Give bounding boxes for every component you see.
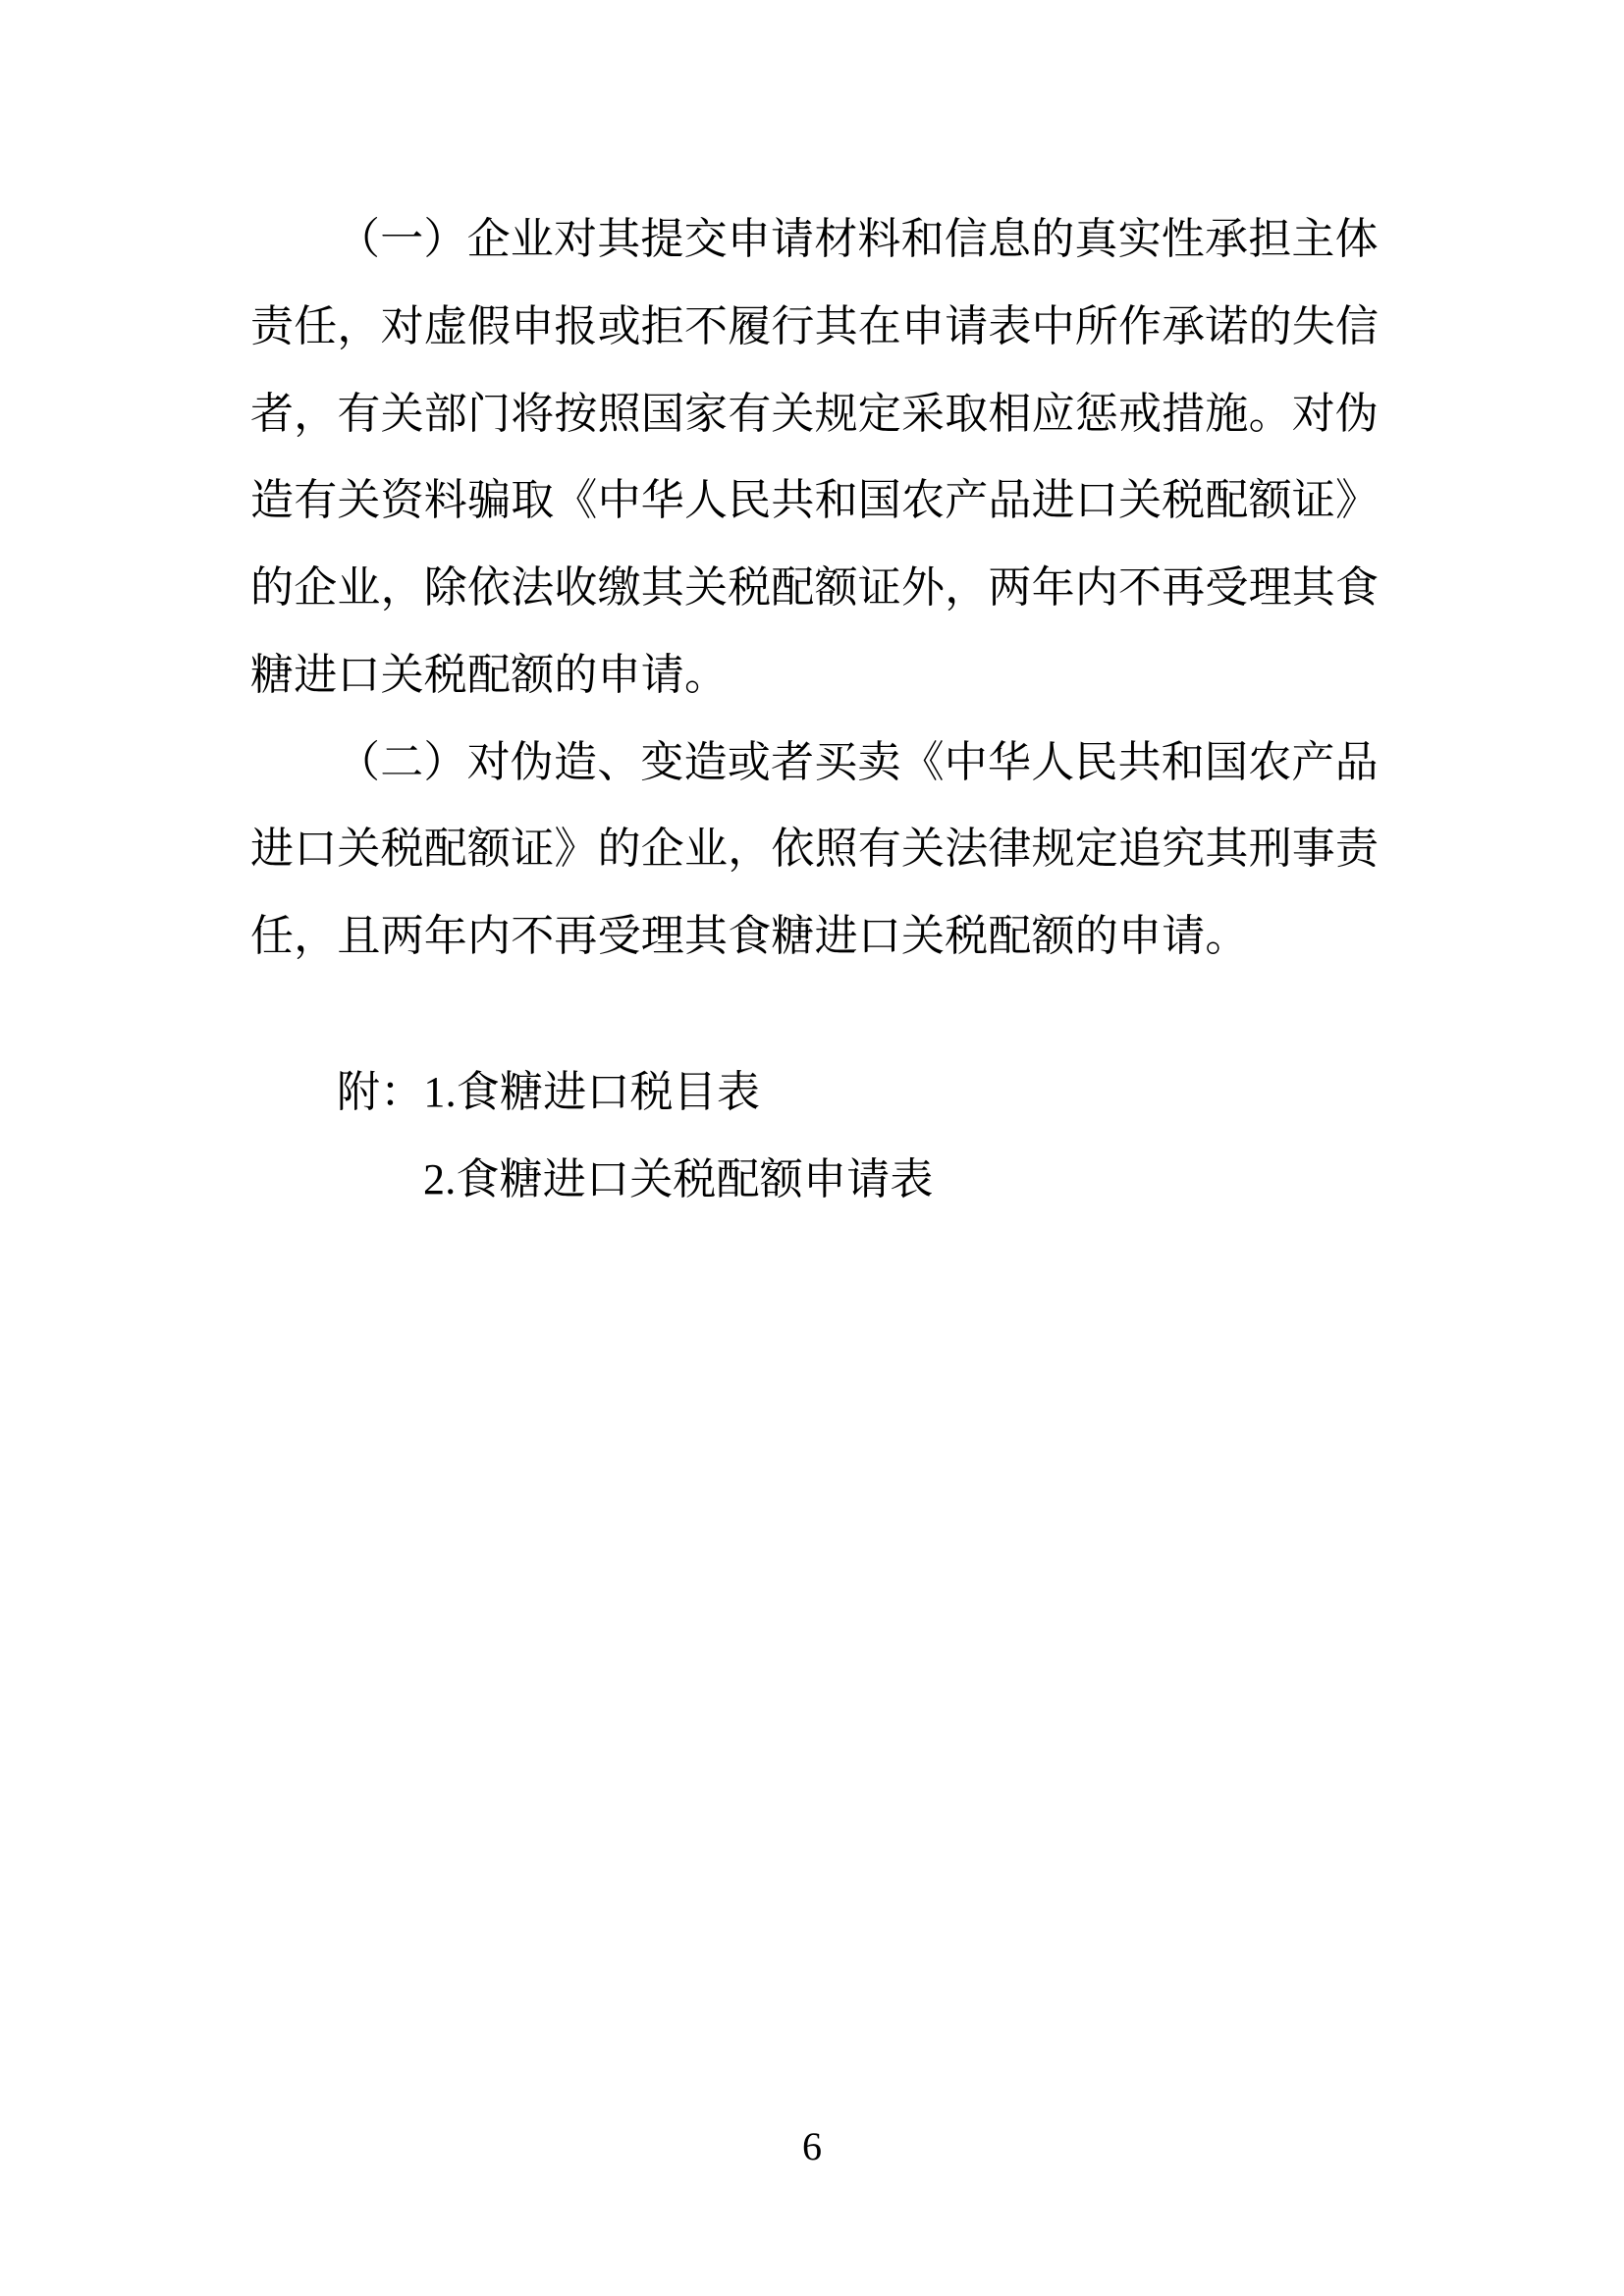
attachment-spacer bbox=[250, 981, 1385, 1049]
page-number: 6 bbox=[0, 2125, 1624, 2168]
document-body: （一）企业对其提交申请材料和信息的真实性承担主体 责任，对虚假申报或拒不履行其在… bbox=[250, 196, 1385, 1223]
body-line-2: 责任，对虚假申报或拒不履行其在申请表中所作承诺的失信 bbox=[250, 284, 1385, 371]
body-line-4: 造有关资料骗取《中华人民共和国农产品进口关税配额证》 bbox=[250, 457, 1385, 545]
body-line-5: 的企业，除依法收缴其关税配额证外，两年内不再受理其食 bbox=[250, 545, 1385, 632]
body-line-8: 进口关税配额证》的企业，依照有关法律规定追究其刑事责 bbox=[250, 806, 1385, 893]
body-line-7: （二）对伪造、变造或者买卖《中华人民共和国农产品 bbox=[250, 720, 1385, 807]
body-line-6: 糖进口关税配额的申请。 bbox=[250, 632, 1385, 720]
attachment-line-1: 附：1.食糖进口税目表 bbox=[250, 1049, 1385, 1137]
body-line-3: 者，有关部门将按照国家有关规定采取相应惩戒措施。对伪 bbox=[250, 371, 1385, 458]
body-line-9: 任，且两年内不再受理其食糖进口关税配额的申请。 bbox=[250, 893, 1385, 981]
attachment-line-2: 2.食糖进口关税配额申请表 bbox=[250, 1137, 1385, 1224]
body-line-1: （一）企业对其提交申请材料和信息的真实性承担主体 bbox=[250, 196, 1385, 284]
document-page: （一）企业对其提交申请材料和信息的真实性承担主体 责任，对虚假申报或拒不履行其在… bbox=[0, 0, 1624, 2296]
